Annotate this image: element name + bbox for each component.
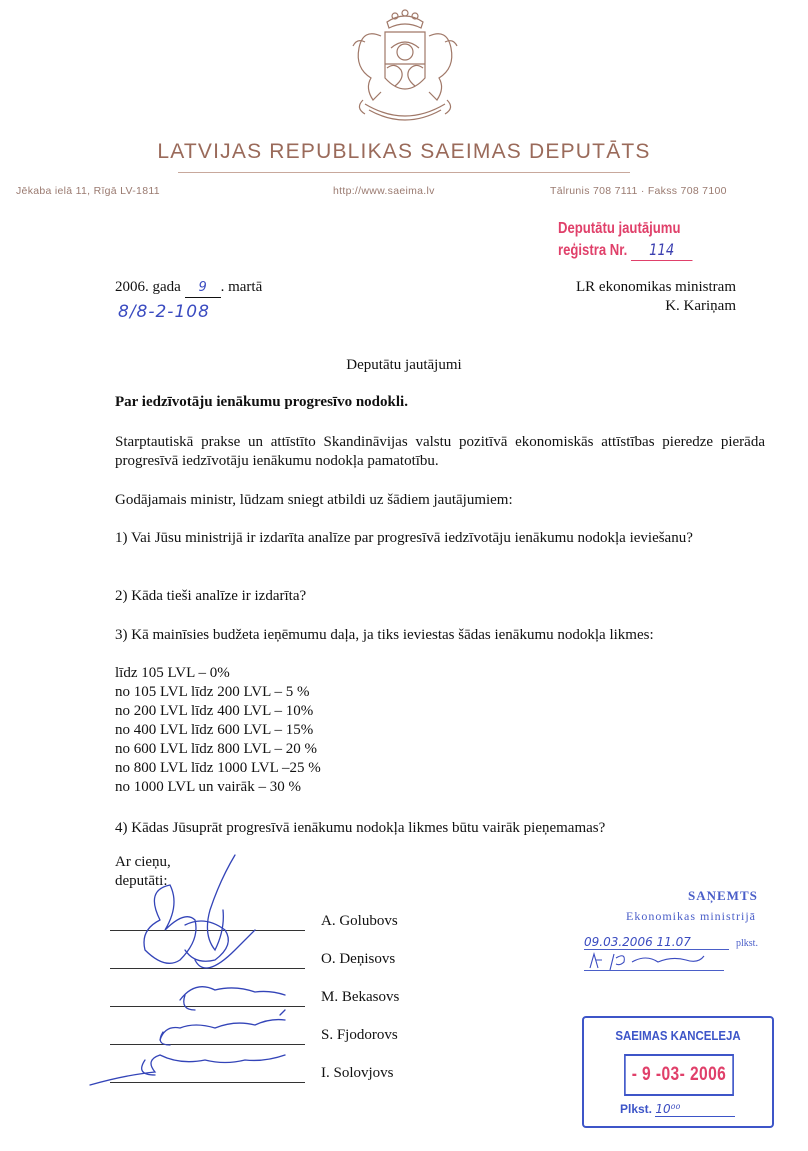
letterhead-divider: [178, 172, 630, 173]
received-stamp-time-label: plkst.: [736, 938, 758, 949]
question-3: 3) Kā mainīsies budžeta ieņēmumu daļa, j…: [115, 626, 765, 645]
chancellery-stamp-date: - 9 -03- 2006: [624, 1054, 734, 1096]
tax-rate-item: no 400 LVL līdz 600 LVL – 15%: [115, 721, 321, 740]
intro-paragraph: Starptautiskā prakse un attīstīto Skandi…: [115, 433, 765, 471]
letterhead-title: LATVIJAS REPUBLIKAS SAEIMAS DEPUTĀTS: [0, 140, 808, 164]
date-line: 2006. gada 9. martā: [115, 278, 262, 298]
date-suffix: . martā: [221, 279, 263, 295]
chancellery-stamp-time-label: Plkst.: [620, 1102, 652, 1116]
question-1: 1) Vai Jūsu ministrijā ir izdarīta analī…: [115, 529, 765, 548]
signatory-name: S. Fjodorovs: [321, 1026, 398, 1045]
letterhead-website: http://www.saeima.lv: [333, 185, 435, 197]
signatory-name: O. Deņisovs: [321, 950, 395, 969]
coat-of-arms-icon: [335, 8, 475, 126]
question-2: 2) Kāda tieši analīze ir izdarīta?: [115, 587, 765, 606]
subject-line: Par iedzīvotāju ienākumu progresīvo nodo…: [115, 393, 408, 412]
letterhead-address: Jēkaba ielā 11, Rīgā LV-1811: [16, 185, 160, 197]
tax-rate-item: no 800 LVL līdz 1000 LVL –25 %: [115, 759, 321, 778]
received-stamp-org: Ekonomikas ministrijā: [626, 909, 756, 924]
tax-rate-item: līdz 105 LVL – 0%: [115, 664, 321, 683]
addressee: LR ekonomikas ministram K. Kariņam: [576, 278, 736, 316]
addressee-line-2: K. Kariņam: [576, 297, 736, 316]
registry-number: 114: [631, 239, 692, 261]
received-stamp-title: SAŅEMTS: [688, 888, 758, 904]
received-stamp: SAŅEMTS Ekonomikas ministrijā 09.03.2006…: [580, 888, 770, 988]
registry-stamp-label: Deputātu jautājumu: [558, 218, 692, 239]
signatory-name: M. Bekasovs: [321, 988, 399, 1007]
chancellery-stamp: SAEIMAS KANCELEJA - 9 -03- 2006 Plkst. 1…: [582, 1016, 774, 1128]
tax-rate-item: no 1000 LVL un vairāk – 30 %: [115, 778, 321, 797]
date-day: 9: [185, 278, 221, 298]
chancellery-stamp-title: SAEIMAS KANCELEJA: [595, 1028, 760, 1043]
tax-rate-item: no 600 LVL līdz 800 LVL – 20 %: [115, 740, 321, 759]
document-title: Deputātu jautājumi: [0, 356, 808, 375]
reference-number: 8/8-2-108: [118, 302, 210, 322]
signatory-name: I. Solovjovs: [321, 1064, 394, 1083]
request-paragraph: Godājamais ministr, lūdzam sniegt atbild…: [115, 491, 765, 510]
chancellery-stamp-time: 10⁰⁰: [655, 1102, 735, 1117]
registry-stamp: Deputātu jautājumu reģistra Nr. 114: [558, 218, 692, 261]
tax-rate-item: no 200 LVL līdz 400 LVL – 10%: [115, 702, 321, 721]
tax-rate-item: no 105 LVL līdz 200 LVL – 5 %: [115, 683, 321, 702]
date-prefix: 2006. gada: [115, 279, 181, 295]
handwritten-signatures-icon: [85, 850, 315, 1095]
tax-rates-list: līdz 105 LVL – 0% no 105 LVL līdz 200 LV…: [115, 664, 321, 797]
received-stamp-datetime: 09.03.2006 11.07: [584, 935, 729, 950]
letterhead-phone-fax: Tālrunis 708 7111 · Fakss 708 7100: [550, 185, 727, 197]
registry-number-label: reģistra Nr.: [558, 242, 627, 259]
signatory-name: A. Golubovs: [321, 912, 398, 931]
question-4: 4) Kādas Jūsuprāt progresīvā ienākumu no…: [115, 819, 765, 838]
received-stamp-signature-icon: [586, 950, 716, 972]
addressee-line-1: LR ekonomikas ministram: [576, 278, 736, 297]
received-stamp-line: [584, 970, 724, 971]
